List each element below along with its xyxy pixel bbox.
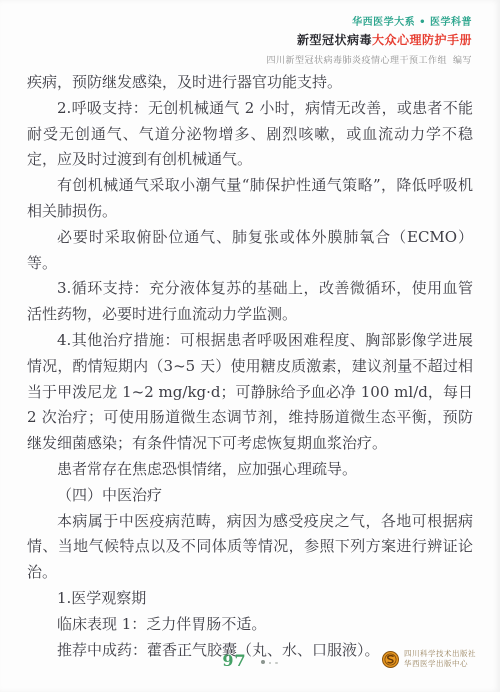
heading-tcm-treatment: （四）中医治疗 <box>27 483 473 509</box>
publisher-line1: 四川科学技术出版社 <box>404 649 476 659</box>
paragraph-invasive-ventilation: 有创机械通气采取小潮气量“肺保护性通气策略”，降低呼吸机相关肺损伤。 <box>27 173 473 225</box>
publisher-logo-icon <box>382 651 399 668</box>
paragraph-psychological: 患者常存在焦虑恐惧情绪，应加强心理疏导。 <box>27 457 473 483</box>
compiler-group: 四川新型冠状病毒肺炎疫情心理干预工作组 <box>266 56 447 66</box>
book-title-sub: 大众心理防护手册 <box>372 33 472 47</box>
page-header: 华西医学大系 • 医学科普 新型冠状病毒大众心理防护手册 四川新型冠状病毒肺炎疫… <box>266 13 472 66</box>
compiler-line: 四川新型冠状病毒肺炎疫情心理干预工作组编写 <box>266 53 472 66</box>
paragraph-continuation: 疾病，预防继发感染，及时进行器官功能支持。 <box>27 70 473 96</box>
book-title: 新型冠状病毒大众心理防护手册 <box>266 31 472 48</box>
paragraph-ecmo: 必要时采取俯卧位通气、肺复张或体外膜肺氧合（ECMO）等。 <box>27 225 473 277</box>
publisher-mark: 四川科学技术出版社 华西医学出版中心 <box>382 649 476 669</box>
book-title-main: 新型冠状病毒 <box>297 33 372 47</box>
paragraph-tcm-intro: 本病属于中医疫病范畴，病因为感受疫戾之气，各地可根据病情、当地气候特点以及不同体… <box>27 509 473 586</box>
compiler-suffix: 编写 <box>453 56 472 66</box>
publisher-name: 四川科学技术出版社 华西医学出版中心 <box>404 649 476 669</box>
page-number-ornament-icon <box>257 649 278 668</box>
paragraph-clinical-manifestation: 临床表现 1：乏力伴胃肠不适。 <box>27 612 473 638</box>
page-number: 97 <box>222 651 246 670</box>
body-text: 疾病，预防继发感染，及时进行器官功能支持。 2.呼吸支持：无创机械通气 2 小时… <box>27 70 473 663</box>
publisher-line2: 华西医学出版中心 <box>404 659 476 669</box>
paragraph-respiratory-support: 2.呼吸支持：无创机械通气 2 小时，病情无改善，或患者不能耐受无创通气、气道分… <box>27 96 473 173</box>
paragraph-other-treatments: 4.其他治疗措施：可根据患者呼吸困难程度、胸部影像学进展情况，酌情短期内（3~5… <box>27 328 473 457</box>
series-title: 华西医学大系 • 医学科普 <box>266 13 472 28</box>
book-page: 华西医学大系 • 医学科普 新型冠状病毒大众心理防护手册 四川新型冠状病毒肺炎疫… <box>0 0 500 692</box>
paragraph-circulatory-support: 3.循环支持：充分液体复苏的基础上，改善微循环，使用血管活性药物，必要时进行血流… <box>27 276 473 328</box>
heading-observation-period: 1.医学观察期 <box>27 586 473 612</box>
